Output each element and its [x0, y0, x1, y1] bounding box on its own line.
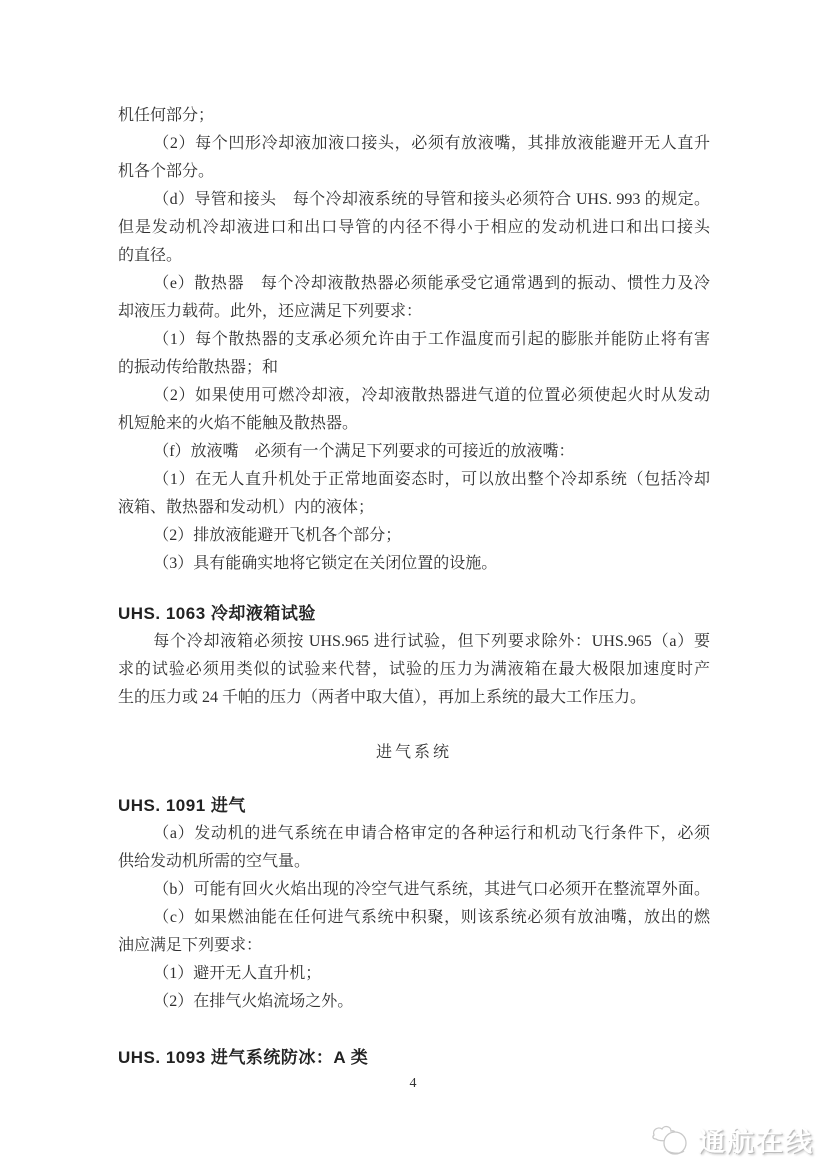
document-line: 的振动传给散热器；和 [118, 354, 710, 382]
document-line: （d）导管和接头 每个冷却液系统的导管和接头必须符合 UHS. 993 的规定。 [118, 186, 710, 214]
document-content: 机任何部分；（2）每个凹形冷却液加液口接头，必须有放液嘴，其排放液能避开无人直升… [118, 102, 710, 1072]
watermark: 通航在线 [648, 1120, 814, 1159]
aircraft-badge-icon [648, 1121, 692, 1159]
document-line: （3）具有能确实地将它锁定在关闭位置的设施。 [118, 550, 710, 578]
document-line: 每个冷却液箱必须按 UHS.965 进行试验，但下列要求除外：UHS.965（a… [118, 628, 710, 656]
chapter-title: 进气系统 [118, 739, 710, 767]
watermark-text: 通航在线 [698, 1120, 814, 1159]
document-line: （c）如果燃油能在任何进气系统中积聚，则该系统必须有放油嘴，放出的燃 [118, 904, 710, 932]
document-line: 但是发动机冷却液进口和出口导管的内径不得小于相应的发动机进口和出口接头 [118, 214, 710, 242]
document-line: 机各个部分。 [118, 158, 710, 186]
section-heading: UHS. 1093 进气系统防冰：A 类 [118, 1044, 710, 1072]
document-line: 机短舱来的火焰不能触及散热器。 [118, 410, 710, 438]
document-line: （f）放液嘴 必须有一个满足下列要求的可接近的放液嘴： [118, 438, 710, 466]
document-line: 供给发动机所需的空气量。 [118, 848, 710, 876]
document-line: （e）散热器 每个冷却液散热器必须能承受它通常遇到的振动、惯性力及冷 [118, 270, 710, 298]
document-line: （2）在排气火焰流场之外。 [118, 988, 710, 1016]
section-heading: UHS. 1063 冷却液箱试验 [118, 600, 710, 628]
document-line: （1）在无人直升机处于正常地面姿态时，可以放出整个冷却系统（包括冷却 [118, 466, 710, 494]
document-line: 油应满足下列要求： [118, 932, 710, 960]
document-line: （2）每个凹形冷却液加液口接头，必须有放液嘴，其排放液能避开无人直升 [118, 130, 710, 158]
document-line: 的直径。 [118, 242, 710, 270]
page-number: 4 [0, 1076, 826, 1092]
paragraph-spacer [118, 767, 710, 792]
document-line: 求的试验必须用类似的试验来代替，试验的压力为满液箱在最大极限加速度时产 [118, 656, 710, 684]
document-line: （a）发动机的进气系统在申请合格审定的各种运行和机动飞行条件下，必须 [118, 820, 710, 848]
paragraph-spacer [118, 712, 710, 739]
document-line: 机任何部分； [118, 102, 710, 130]
document-line: 却液压力载荷。此外，还应满足下列要求： [118, 298, 710, 326]
document-page: 机任何部分；（2）每个凹形冷却液加液口接头，必须有放液嘴，其排放液能避开无人直升… [0, 0, 826, 1169]
paragraph-spacer [118, 578, 710, 600]
document-line: （1）避开无人直升机； [118, 960, 710, 988]
document-line: （b）可能有回火火焰出现的冷空气进气系统，其进气口必须开在整流罩外面。 [118, 876, 710, 904]
document-line: 生的压力或 24 千帕的压力（两者中取大值），再加上系统的最大工作压力。 [118, 684, 710, 712]
section-heading: UHS. 1091 进气 [118, 792, 710, 820]
paragraph-spacer [118, 1016, 710, 1044]
document-line: 液箱、散热器和发动机）内的液体； [118, 494, 710, 522]
document-line: （2）如果使用可燃冷却液，冷却液散热器进气道的位置必须使起火时从发动 [118, 382, 710, 410]
document-line: （1）每个散热器的支承必须允许由于工作温度而引起的膨胀并能防止将有害 [118, 326, 710, 354]
document-line: （2）排放液能避开飞机各个部分； [118, 522, 710, 550]
